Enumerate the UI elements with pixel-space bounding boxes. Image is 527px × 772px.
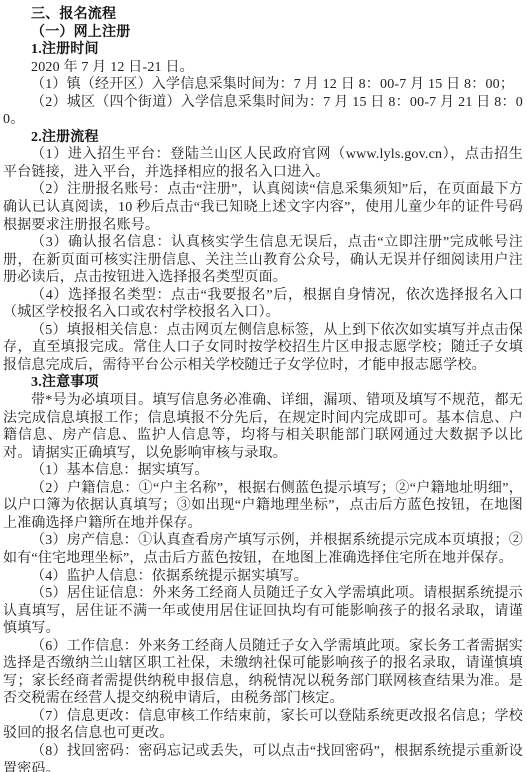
paragraph-step-register-account: （2）注册报名账号：点击“注册”，认真阅读“信息采集须知”后，在页面最下方确认已… [3, 181, 523, 234]
paragraph-note-guardian-info: （4）监护人信息：依据系统提示据实填写。 [3, 568, 523, 586]
document-page: 三、报名流程 （一）网上注册 1.注册时间 2020 年 7 月 12 日-21… [0, 0, 527, 772]
heading-online-registration: （一）网上注册 [3, 24, 523, 42]
heading-notes: 3.注意事项 [3, 374, 523, 392]
heading-registration-time: 1.注册时间 [3, 41, 523, 59]
paragraph-town-collection-time: （1）镇（经开区）入学信息采集时间为：7 月 12 日 8：00-7 月 15 … [3, 76, 523, 94]
paragraph-urban-collection-time: （2）城区（四个街道）入学信息采集时间为：7 月 15 日 8：00-7 月 2… [3, 94, 523, 129]
heading-registration-process: 三、报名流程 [3, 6, 523, 24]
paragraph-note-basic-info: （1）基本信息：据实填写。 [3, 462, 523, 480]
paragraph-step-select-type: （4）选择报名类型：点击“我要报名”后，根据自身情况，依次选择报名入口（城区学校… [3, 287, 523, 322]
paragraph-note-info-change: （7）信息更改：信息审核工作结束前，家长可以登陆系统更改报名信息；学校驳回的报名… [3, 708, 523, 743]
paragraph-note-residence-permit-info: （5）居住证信息：外来务工经商人员随迁子女入学需填此项。请根据系统提示认真填写，… [3, 585, 523, 638]
paragraph-notes-intro: 带*号为必填项目。填写信息务必准确、详细，漏项、错项及填写不规范，都无法完成信息… [3, 392, 523, 462]
paragraph-step-fill-info: （5）填报相关信息：点击网页左侧信息标签，从上到下依次如实填写并点击保存，直至填… [3, 322, 523, 375]
paragraph-note-work-info: （6）工作信息：外来务工经商人员随迁子女入学需填此项。家长务工者需据实选择是否缴… [3, 638, 523, 708]
paragraph-note-password-recovery: （8）找回密码：密码忘记或丢失，可以点击“找回密码”，根据系统提示重新设置密码。 [3, 743, 523, 772]
heading-registration-steps: 2.注册流程 [3, 129, 523, 147]
paragraph-step-enter-platform: （1）进入招生平台：登陆兰山区人民政府官网（www.lyls.gov.cn），点… [3, 146, 523, 181]
paragraph-note-household-info: （2）户籍信息：①“户主名称”，根据右侧蓝色提示填写；②“户籍地址明细”，以户口… [3, 480, 523, 533]
paragraph-registration-dates: 2020 年 7 月 12 日-21 日。 [3, 59, 523, 77]
paragraph-step-confirm-info: （3）确认报名信息：认真核实学生信息无误后，点击“立即注册”完成帐号注册，在新页… [3, 234, 523, 287]
paragraph-note-property-info: （3）房产信息：①认真查看房产填写示例，并根据系统提示完成本页填报；②如有“住宅… [3, 532, 523, 567]
